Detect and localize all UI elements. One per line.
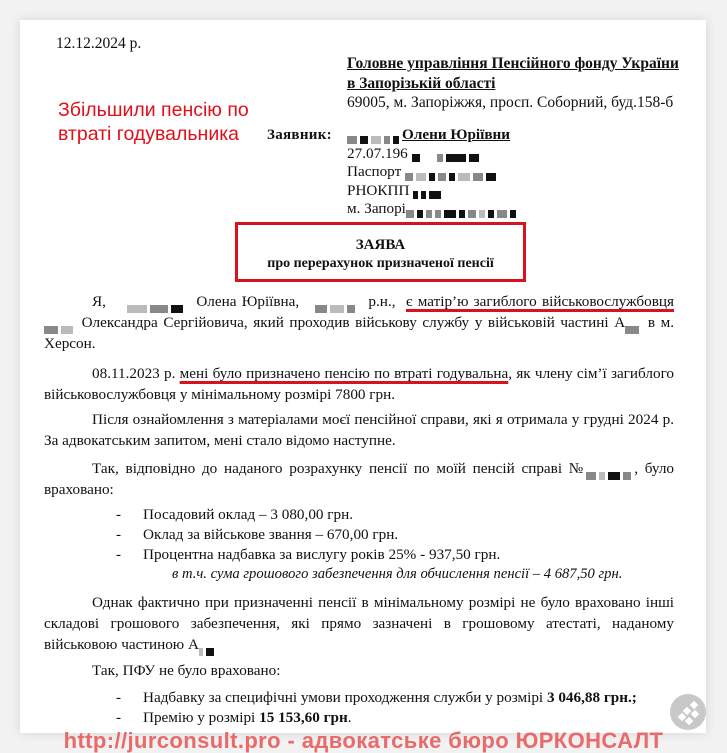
applicant-block: Олени Юріївни 27.07.196 Паспорт РНОКПП м… [347,126,519,219]
counted-items-list: Посадовий оклад – 3 080,00 грн. Оклад за… [116,505,500,565]
redacted-birth-year [315,298,358,308]
watermark-footer: http://jurconsult.pro - адвокатське бюро… [0,728,727,753]
applicant-passport-label: Паспорт [347,163,401,180]
applicant-dob: 27.07.196 [347,145,408,162]
document-heading: ЗАЯВА [238,237,523,254]
paragraph-2: 08.11.2023 р. мені було призначено пенсі… [44,363,674,405]
redacted-unit [199,641,217,651]
recipient-line2: в Запорізькій області [347,74,679,94]
recipient-block: Головне управління Пенсійного фонду Укра… [347,54,679,113]
list-item: Посадовий оклад – 3 080,00 грн. [116,505,500,525]
list-item: Оклад за військове звання – 670,00 грн. [116,525,500,545]
recipient-address: 69005, м. Запоріжжя, просп. Соборний, бу… [347,93,679,113]
amount: 3 046,88 грн.; [547,689,637,706]
applicant-label: Заявник: [267,127,332,144]
highlight-mother-of-deceased: є матір’ю загиблого військовослужбовця [406,293,674,310]
highlight-pension-assigned: мені було призначено пенсію по втраті го… [180,365,509,382]
applicant-city: м. Запорі [347,200,406,217]
counted-total: в т.ч. сума грошового забезпечення для о… [172,566,622,583]
redacted-dob [412,149,482,159]
annotation-text: Збільшили пенсію по втраті годувальника [58,98,278,146]
document-date: 12.12.2024 р. [56,35,141,53]
redacted-address [406,205,519,215]
list-item: Премію у розмірі 15 153,60 грн. [116,708,637,728]
paragraph-6: Так, ПФУ не було враховано: [44,660,674,681]
applicant-name: Олени Юріївни [402,126,510,143]
redacted-rnokpp [413,186,444,196]
paragraph-4: Так, відповідно до наданого розрахунку п… [44,458,674,500]
redacted-unit [625,319,642,329]
redacted-surname [347,131,402,141]
paragraph-3: Після ознайомлення з матеріалами моєї пе… [44,409,674,451]
redacted-son-surname [44,319,76,329]
redacted-case-number [586,465,634,475]
document-page: 12.12.2024 р. Головне управління Пенсійн… [20,20,706,733]
redacted-surname [127,298,186,308]
paragraph-1: Я, Олена Юріївна, р.н., є матір’ю загибл… [44,291,674,354]
amount: 15 153,60 грн [259,709,348,726]
applicant-rnokpp-label: РНОКПП [347,182,409,199]
list-item: Процентна надбавка за вислугу років 25% … [116,545,500,565]
title-box: ЗАЯВА про перерахунок призначеної пенсії [235,222,526,282]
list-item: Надбавку за специфічні умови проходження… [116,688,637,708]
paragraph-5: Однак фактично при призначенні пенсії в … [44,592,674,655]
not-counted-items-list: Надбавку за специфічні умови проходження… [116,688,637,728]
redacted-passport [405,168,499,178]
recipient-line1: Головне управління Пенсійного фонду Укра… [347,54,679,74]
document-subheading: про перерахунок призначеної пенсії [238,256,523,272]
watermark-logo-icon [670,694,706,730]
